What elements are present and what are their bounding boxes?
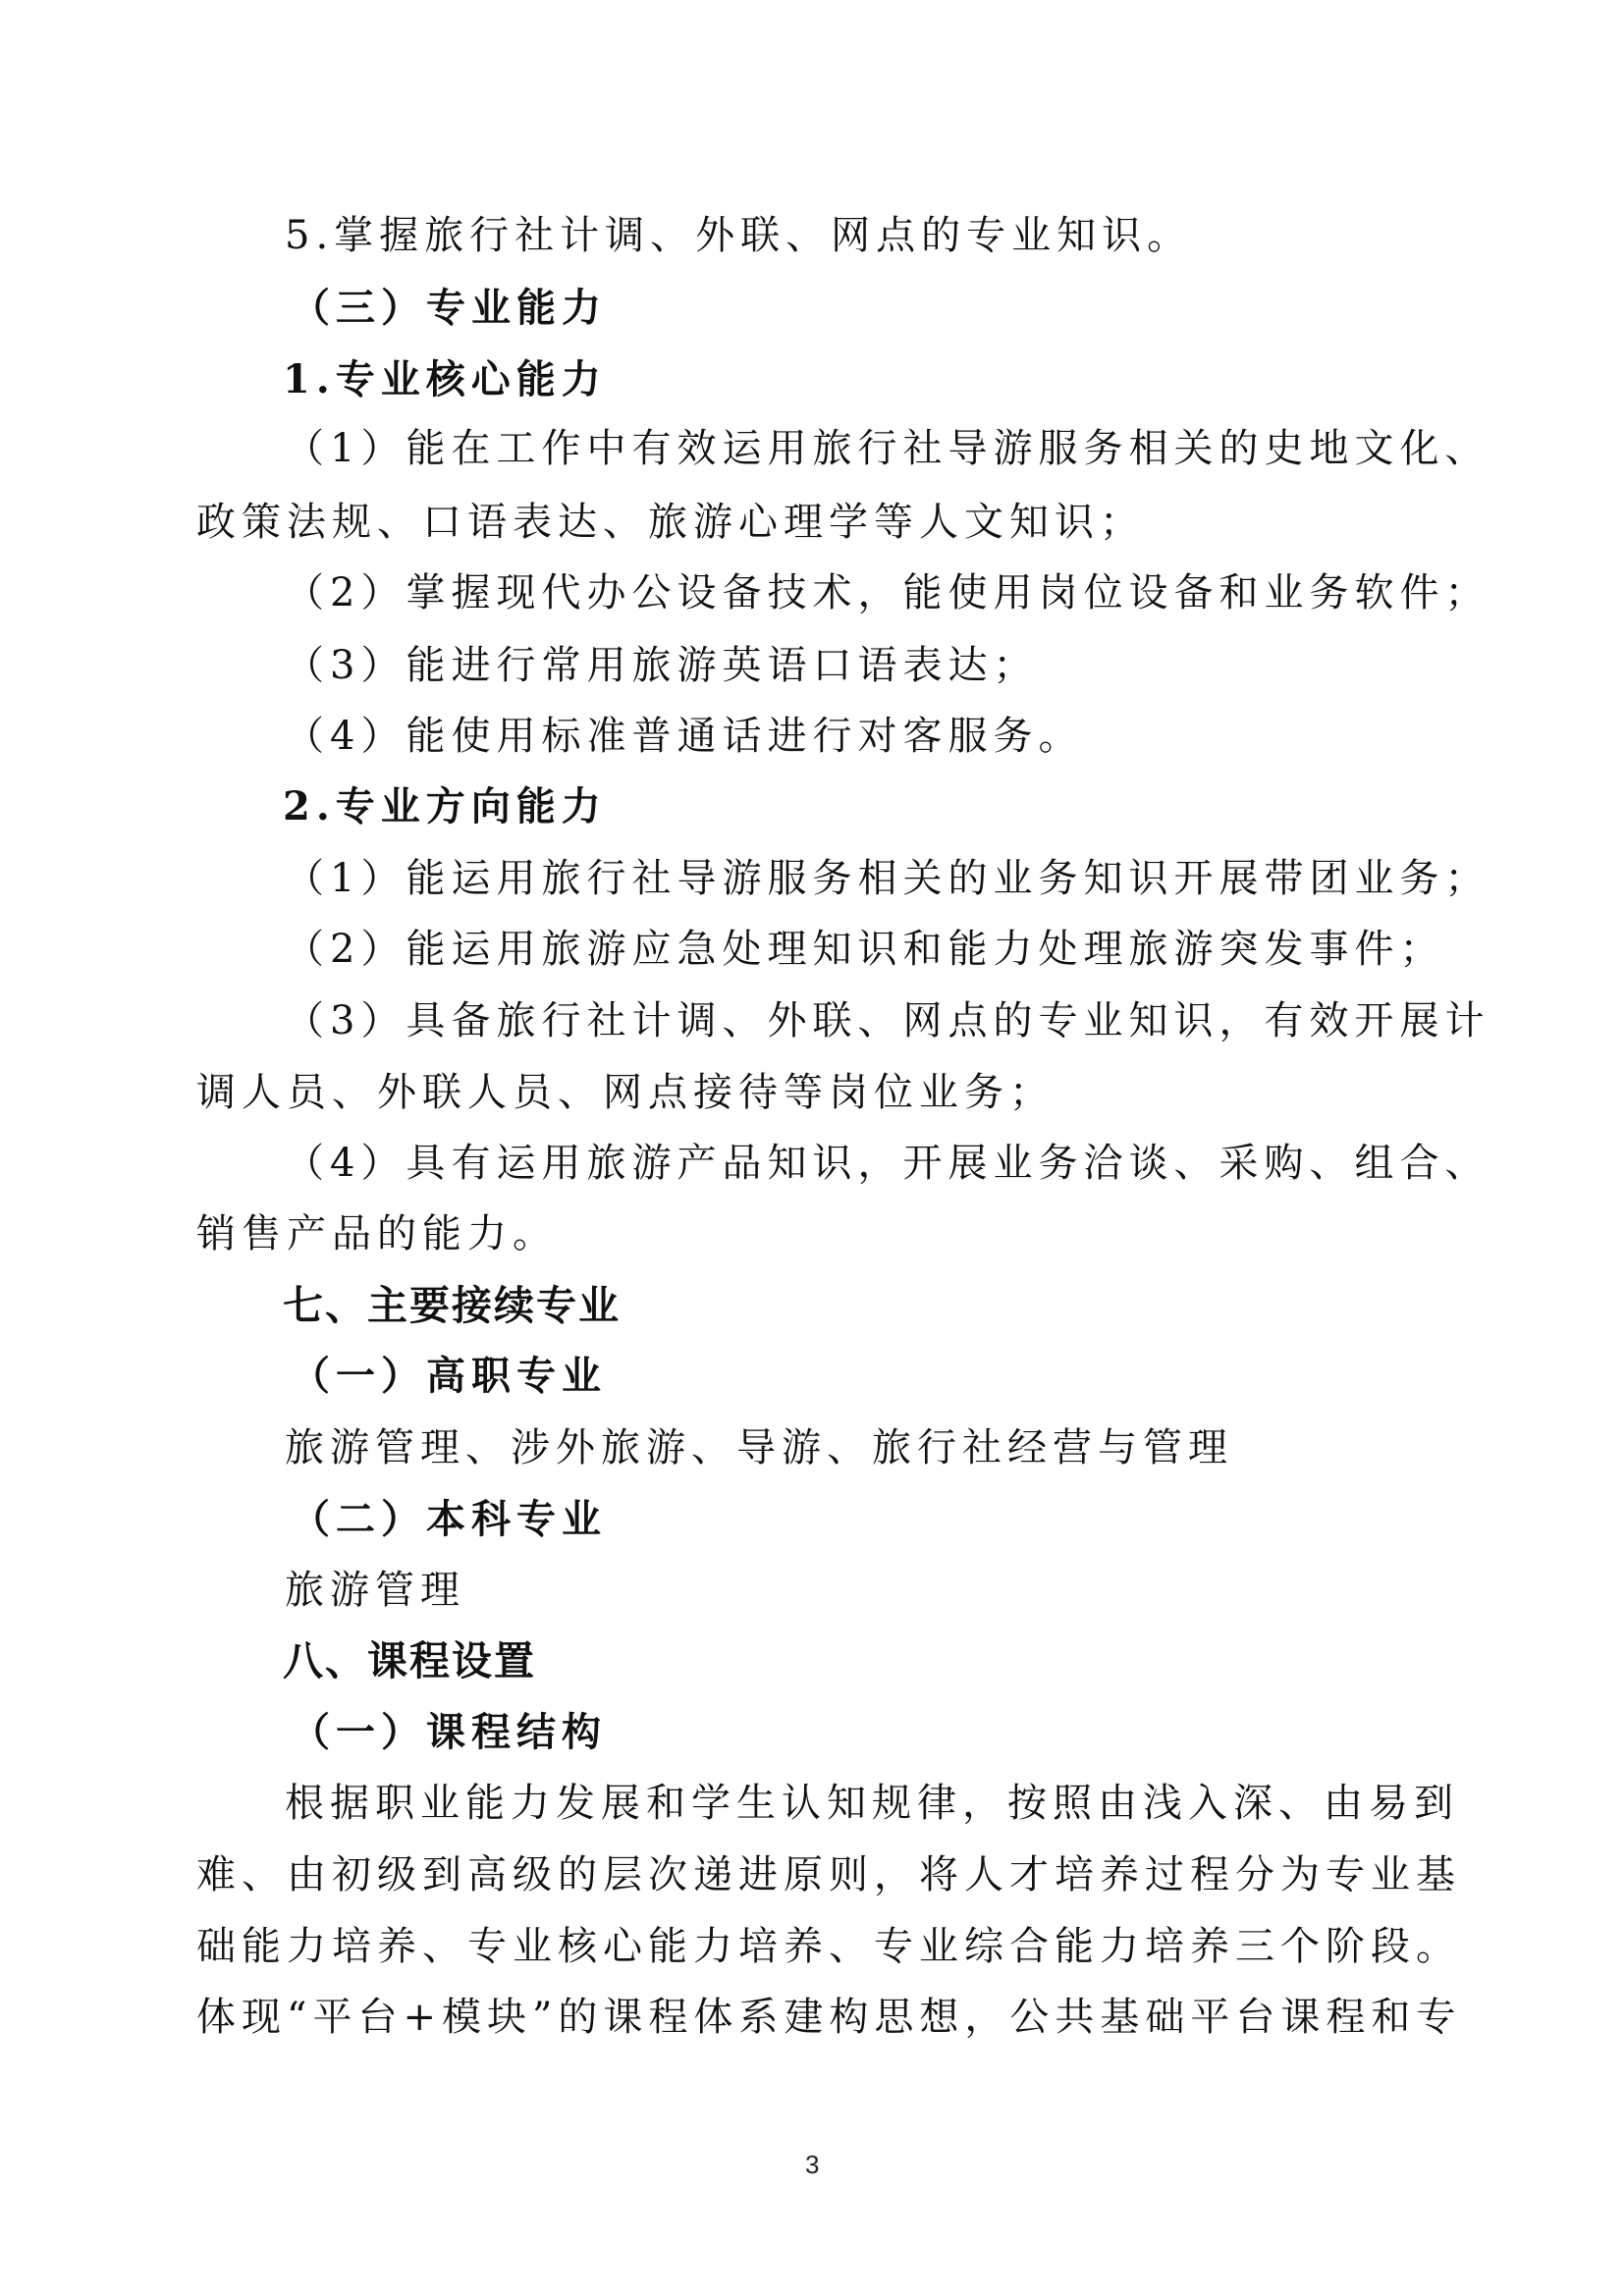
paragraph: （1）能在工作中有效运用旅行社导游服务相关的史地文化、 — [285, 425, 1489, 472]
paragraph: （3）能进行常用旅游英语口语表达； — [285, 642, 1038, 689]
paragraph: 旅游管理、涉外旅游、导游、旅行社经营与管理 — [285, 1424, 1233, 1471]
paragraph: 旅游管理 — [285, 1567, 465, 1614]
numbered-item: 5.掌握旅行社计调、外联、网点的专业知识。 — [285, 212, 1192, 259]
paragraph-continuation: 体现“平台+模块”的课程体系建构思想，公共基础平台课程和专 — [196, 1994, 1461, 2041]
paragraph: （3）具备旅行社计调、外联、网点的专业知识，有效开展计 — [285, 997, 1489, 1044]
paragraph-continuation: 础能力培养、专业核心能力培养、专业综合能力培养三个阶段。 — [196, 1923, 1461, 1970]
subheading-curriculum-structure: （一）课程结构 — [291, 1709, 607, 1756]
subheading-professional-ability: （三）专业能力 — [291, 285, 607, 332]
subheading-undergraduate: （二）本科专业 — [291, 1496, 607, 1543]
paragraph-continuation: 政策法规、口语表达、旅游心理学等人文知识； — [196, 499, 1145, 546]
paragraph: （2）掌握现代办公设备技术，能使用岗位设备和业务软件； — [285, 569, 1489, 616]
heading-curriculum: 八、课程设置 — [283, 1637, 536, 1684]
sub-subheading-direction-ability: 2.专业方向能力 — [283, 783, 607, 830]
paragraph: （4）具有运用旅游产品知识，开展业务洽谈、采购、组合、 — [285, 1140, 1489, 1187]
paragraph: （2）能运用旅游应急处理知识和能力处理旅游突发事件； — [285, 926, 1444, 973]
paragraph-continuation: 销售产品的能力。 — [196, 1210, 558, 1257]
page-number: 3 — [805, 2150, 819, 2180]
paragraph-continuation: 调人员、外联人员、网点接待等岗位业务； — [196, 1069, 1055, 1116]
sub-subheading-core-ability: 1.专业核心能力 — [283, 356, 607, 403]
paragraph: （1）能运用旅行社导游服务相关的业务知识开展带团业务； — [285, 855, 1489, 902]
paragraph: （4）能使用标准普通话进行对客服务。 — [285, 713, 1083, 760]
heading-continuing-majors: 七、主要接续专业 — [283, 1282, 621, 1329]
paragraph: 根据职业能力发展和学生认知规律，按照由浅入深、由易到 — [285, 1780, 1459, 1827]
subheading-higher-vocational: （一）高职专业 — [291, 1353, 607, 1400]
paragraph-continuation: 难、由初级到高级的层次递进原则，将人才培养过程分为专业基 — [196, 1851, 1461, 1898]
